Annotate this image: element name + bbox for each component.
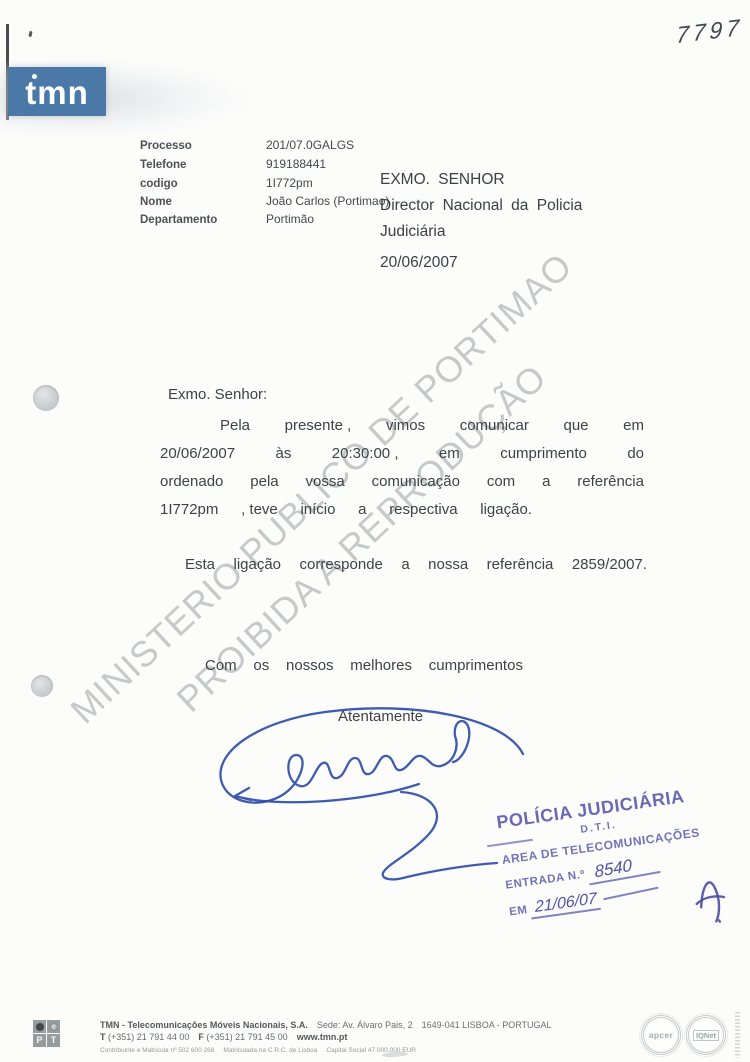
- apcer-seal-icon: apcer: [641, 1015, 681, 1055]
- field-processo: Processo201/07.0GALGS: [140, 136, 440, 154]
- word: nossa: [428, 556, 468, 573]
- pt-logo-square: [33, 1020, 46, 1033]
- field-value: 919188441: [266, 157, 326, 171]
- punch-hole: [31, 675, 53, 697]
- footer-fax-label: F: [198, 1032, 204, 1042]
- pt-logo-dark-circle-icon: [36, 1023, 44, 1031]
- word: vimos: [386, 417, 425, 434]
- word: cumprimento: [500, 445, 587, 462]
- word: , teve: [241, 501, 278, 518]
- word: comunicar: [460, 417, 529, 434]
- body-line: 20/06/2007às20:30:00 ,emcumprimentodo: [160, 445, 644, 462]
- word: melhores: [350, 657, 412, 674]
- word: referência: [487, 556, 554, 573]
- field-label: Processo: [140, 140, 266, 152]
- letter-date: 20/06/2007: [380, 254, 458, 272]
- stamp-entry-label: ENTRADA N.º: [505, 869, 586, 892]
- footer: TMN - Telecomunicações Móveis Nacionais,…: [100, 1020, 552, 1057]
- word: 20/06/2007: [160, 445, 235, 462]
- word: a: [401, 556, 409, 573]
- stamp-pen-stroke: [603, 887, 658, 901]
- scan-smudge: [382, 1051, 408, 1057]
- footer-phone: (+351) 21 791 44 00: [108, 1032, 189, 1042]
- footer-line-registration: Contribuinte e Matricula nº 502 600 268M…: [100, 1045, 552, 1057]
- pt-group-logo: P T: [33, 1020, 60, 1047]
- recipient-line: Director Nacional da Policia: [380, 193, 630, 219]
- certification-seals: apcer IQNet: [641, 1015, 726, 1055]
- word: a: [358, 501, 366, 518]
- stamp-entry-number-handwritten: 8540: [588, 851, 660, 886]
- word: 20:30:00 ,: [332, 445, 399, 462]
- word: cumprimentos: [429, 657, 523, 674]
- word: Pela: [220, 417, 250, 434]
- footer-fax: (+351) 21 791 45 00: [206, 1032, 287, 1042]
- body-line: 1I772pm, teveinícioarespectivaligação.: [160, 501, 532, 518]
- word: que: [564, 417, 589, 434]
- scan-tick-mark: [28, 31, 32, 37]
- footer-city: 1649-041 LISBOA - PORTUGAL: [422, 1020, 552, 1030]
- word: 2859/2007.: [572, 556, 647, 573]
- fine-print-vertical: [735, 1012, 740, 1058]
- word: ligação: [233, 556, 281, 573]
- scanned-letter-page: 7797 tmn Processo201/07.0GALGS Telefone9…: [0, 0, 750, 1062]
- footer-line-contacts: T (+351) 21 791 44 00F (+351) 21 791 45 …: [100, 1032, 552, 1044]
- footer-website: www.tmn.pt: [297, 1032, 348, 1042]
- word: em: [623, 417, 644, 434]
- field-label: Departamento: [140, 214, 266, 226]
- word: comunicação: [372, 473, 460, 490]
- recipient-block: EXMO. SENHOR Director Nacional da Polici…: [380, 167, 630, 245]
- word: presente ,: [285, 417, 352, 434]
- handwritten-page-number: 7797: [676, 14, 744, 50]
- word: com: [487, 473, 515, 490]
- word: 1I772pm: [160, 501, 218, 518]
- stamp-date-handwritten: 21/06/07: [531, 890, 601, 920]
- recipient-line: Judiciária: [380, 219, 630, 245]
- word: ordenado: [160, 473, 223, 490]
- pt-logo-square: [47, 1020, 60, 1033]
- word: vossa: [306, 473, 345, 490]
- signature-scribble: [205, 692, 535, 897]
- word: às: [276, 445, 292, 462]
- field-value: João Carlos (Portimao): [266, 194, 389, 208]
- stamp-initials-mark: [689, 870, 732, 927]
- footer-reg2: Matriculada na C.R.C. de Lisboa: [223, 1047, 317, 1054]
- word: pela: [250, 473, 278, 490]
- stamp-date-label: EM: [508, 904, 528, 918]
- punch-hole: [33, 385, 59, 411]
- word: Com: [205, 657, 237, 674]
- footer-company: TMN - Telecomunicações Móveis Nacionais,…: [100, 1020, 308, 1030]
- pt-logo-square: P: [33, 1034, 46, 1047]
- word: respectiva: [389, 501, 457, 518]
- apcer-seal-label: apcer: [649, 1030, 673, 1040]
- footer-phone-label: T: [100, 1032, 106, 1042]
- footer-reg1: Contribuinte e Matricula nº 502 600 268: [100, 1047, 214, 1054]
- tmn-logo-text: tmn: [8, 67, 106, 116]
- pt-logo-letter-t: T: [51, 1034, 57, 1047]
- closing-line: Comosnossosmelhorescumprimentos: [205, 657, 523, 674]
- pt-logo-light-circle-icon: [50, 1023, 58, 1031]
- field-value: 1I772pm: [266, 176, 313, 190]
- word: os: [253, 657, 269, 674]
- iqnet-seal-label: IQNet: [693, 1030, 719, 1041]
- pt-logo-square: T: [47, 1034, 60, 1047]
- recipient-line: EXMO. SENHOR: [380, 167, 630, 193]
- tmn-logo: tmn: [8, 67, 106, 116]
- word: nossos: [286, 657, 334, 674]
- field-value: 201/07.0GALGS: [266, 138, 354, 152]
- word: início: [300, 501, 335, 518]
- field-label: Telefone: [140, 159, 266, 171]
- field-value: Portimão: [266, 212, 314, 226]
- word: do: [627, 445, 644, 462]
- tmn-logo-dot: [32, 74, 37, 79]
- word: corresponde: [300, 556, 383, 573]
- salutation: Exmo. Senhor:: [168, 386, 267, 403]
- field-label: Nome: [140, 196, 266, 208]
- body-line: Estaligaçãocorrespondeanossareferência28…: [185, 556, 647, 573]
- iqnet-seal-icon: IQNet: [686, 1015, 726, 1055]
- word: a: [542, 473, 550, 490]
- word: Esta: [185, 556, 215, 573]
- word: referência: [577, 473, 644, 490]
- body-line: ordenadopelavossacomunicaçãocomareferênc…: [160, 473, 644, 490]
- pt-logo-letter-p: P: [36, 1034, 42, 1047]
- word: ligação.: [480, 501, 532, 518]
- body-line: Pelapresente ,vimoscomunicarqueem: [220, 417, 644, 434]
- field-label: codigo: [140, 178, 266, 190]
- footer-address: Sede: Av. Álvaro Pais, 2: [317, 1020, 413, 1030]
- footer-line-company: TMN - Telecomunicações Móveis Nacionais,…: [100, 1020, 552, 1032]
- word: em: [439, 445, 460, 462]
